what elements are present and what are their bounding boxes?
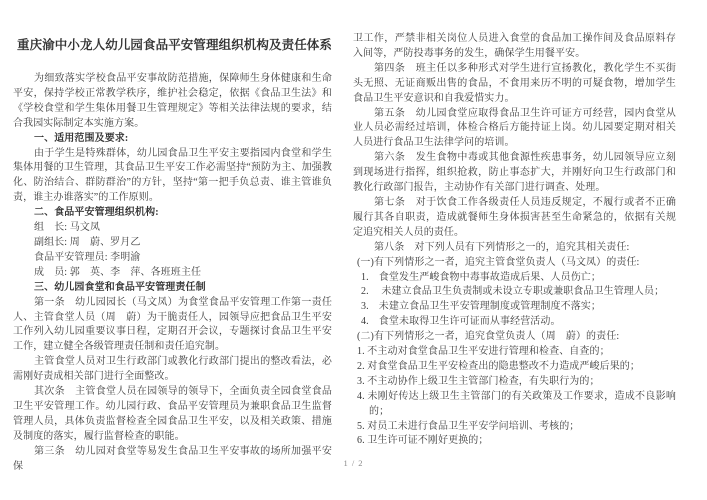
list-item: 2. 对食堂食品卫生平安检查出的隐患整改不力造成严峻后果的； bbox=[357, 360, 676, 375]
page-number: 1 / 2 bbox=[0, 458, 707, 468]
section-1-heading: 一、适用范围及要求: bbox=[13, 132, 332, 147]
article-7-paragraph: 第七条 对于饮食工作各级责任人员违反规定，不履行或者不正确履行其各自职责，造成就… bbox=[353, 196, 676, 241]
list-item: 5. 对员工未进行食品卫生平安学问培训、考核的； bbox=[357, 420, 676, 435]
list-item: 6. 卫生许可证不刚好更换的； bbox=[357, 434, 676, 449]
article-6-paragraph: 第六条 发生食物中毒或其他食源性疾患事务，幼儿园领导应立刻到现场进行指挥，组织抢… bbox=[353, 151, 676, 196]
list-item: 1. 食堂发生严峻食物中毒事故造成后果、人员伤亡； bbox=[361, 271, 676, 286]
document-title: 重庆渝中小龙人幼儿园食品平安管理组织机构及责任体系 bbox=[17, 37, 332, 54]
list-item: 4. 食堂未取得卫生许可证而从事经营活动。 bbox=[361, 315, 676, 330]
org-members-line: 成 员: 郭 英、李 萍、各班班主任 bbox=[13, 266, 332, 281]
list-item: 2. 未建立食品卫生负责制或未设立专职或兼职食品卫生管理人员； bbox=[361, 285, 676, 300]
two-column-layout: 重庆渝中小龙人幼儿园食品平安管理组织机构及责任体系 为细致落实学校食品平安事故防… bbox=[13, 32, 707, 474]
org-leader-line: 组 长: 马文凤 bbox=[13, 221, 332, 236]
right-column: 卫工作，严禁非相关岗位人员进入食堂的食品加工操作间及食品原料存入间等，严防投毒事… bbox=[353, 32, 676, 474]
section-3-heading: 三、幼儿园食堂和食品平安管理责任制 bbox=[13, 281, 332, 296]
article-8-paragraph: 第八条 对下列人员有下列情形之一的，追究其相关责任: bbox=[353, 241, 676, 256]
article-2-paragraph: 其次条 主管食堂人员在园领导的领导下，全面负责全园食堂食品卫生平安管理工作。幼儿… bbox=[13, 385, 332, 445]
article-4-paragraph: 第四条 班主任以多种形式对学生进行宣扬教化，教化学生不买街头无照、无证商贩出售的… bbox=[353, 62, 676, 107]
list-item: 1. 不主动对食堂食品卫生平安进行管理和检查、自查的； bbox=[357, 345, 676, 360]
list-item: 3. 未建立食品卫生平安管理制度或管理制度不落实； bbox=[361, 300, 676, 315]
intro-paragraph: 为细致落实学校食品平安事故防范措施，保障师生身体健康和生命平安，保持学校正常教学… bbox=[13, 72, 332, 132]
sub-list-1-heading: (一)有下列情形之一者，追究主管食堂负责人（马文凤）的责任: bbox=[357, 256, 676, 271]
article-3-paragraph-continued: 卫工作，严禁非相关岗位人员进入食堂的食品加工操作间及食品原料存入间等，严防投毒事… bbox=[353, 32, 676, 62]
section-2-heading: 二、食品平安管理组织机构: bbox=[13, 206, 332, 221]
org-manager-line: 食品平安管理员: 李明渝 bbox=[13, 251, 332, 266]
document-page: 重庆渝中小龙人幼儿园食品平安管理组织机构及责任体系 为细致落实学校食品平安事故防… bbox=[0, 0, 707, 500]
org-deputy-line: 副组长: 周 蔚、罗月乙 bbox=[13, 236, 332, 251]
list-item: 3. 不主动协作上级卫生主管部门检查，有失职行为的； bbox=[357, 375, 676, 390]
list-item: 4. 未刚好传达上级卫生主管部门的有关政策及工作要求，造成不良影响的； bbox=[357, 390, 676, 420]
article-5-paragraph: 第五条 幼儿园食堂应取得食品卫生许可证方可经营，园内食堂从业人员必需经过培训，体… bbox=[353, 107, 676, 152]
sub-list-2-heading: (二)有下列情形之一者，追究食堂负责人（周 蔚）的责任: bbox=[357, 330, 676, 345]
section-1-paragraph: 由于学生是特殊群体，幼儿园食品卫生平安主要指园内食堂和学生集体用餐的卫生管理，其… bbox=[13, 147, 332, 207]
article-1-paragraph: 第一条 幼儿园园长（马文凤）为食堂食品平安管理工作第一责任人、主管食堂人员（周 … bbox=[13, 296, 332, 356]
article-1b-paragraph: 主管食堂人员对卫生行政部门或教化行政部门提出的整改看法，必需刚好责成相关部门进行… bbox=[13, 355, 332, 385]
left-column: 重庆渝中小龙人幼儿园食品平安管理组织机构及责任体系 为细致落实学校食品平安事故防… bbox=[13, 32, 332, 474]
